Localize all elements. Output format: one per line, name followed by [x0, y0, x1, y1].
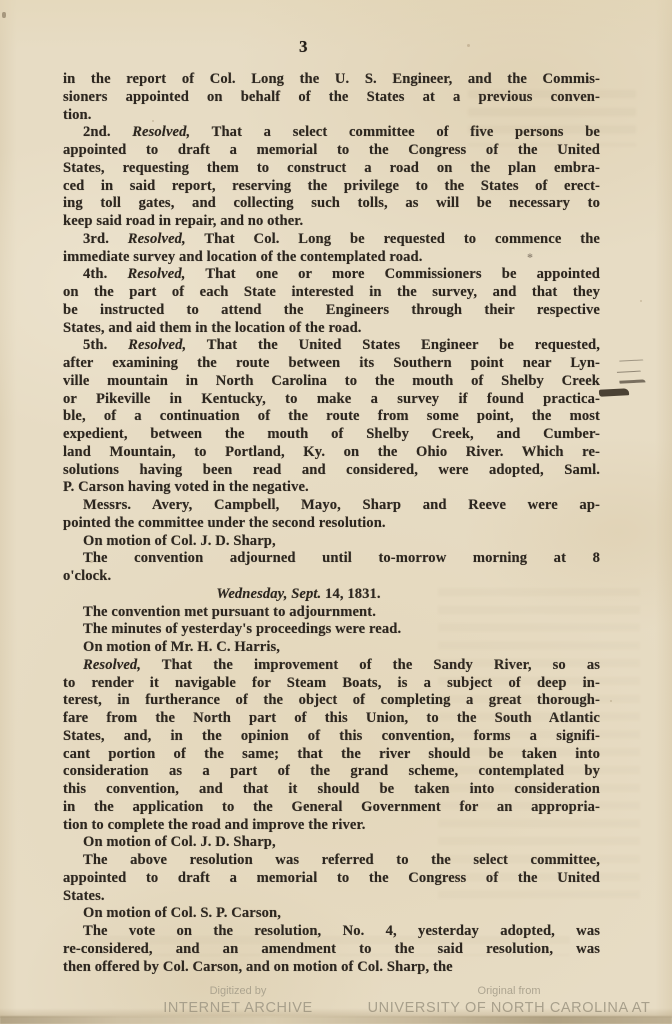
text-segment: ced in said report, reserving the privil…: [63, 178, 600, 194]
text-line: to render it navigable for Steam Boats, …: [63, 675, 600, 693]
text-line: On motion of Col. J. D. Sharp,: [63, 834, 600, 852]
text-line: immediate survey and location of the con…: [63, 249, 600, 267]
text-line: Messrs. Avery, Campbell, Mayo, Sharp and…: [63, 497, 600, 515]
text-segment: re-considered, and an amendment to the s…: [63, 941, 600, 957]
text-line: States.: [63, 888, 600, 906]
text-line: fare from the North part of this Union, …: [63, 710, 600, 728]
text-segment: to render it navigable for Steam Boats, …: [63, 675, 600, 691]
text-line: Wednesday, Sept. 14, 1831.: [30, 586, 567, 604]
text-segment: sioners appointed on behalf of the State…: [63, 89, 600, 105]
text-segment: pointed the committee under the second r…: [63, 515, 386, 531]
text-segment: That the improvement of the Sandy River,…: [141, 657, 600, 673]
text-segment: in the application to the General Govern…: [63, 799, 600, 815]
text-line: in the report of Col. Long the U. S. Eng…: [63, 71, 600, 89]
paper-speck: [467, 44, 470, 47]
text-segment: Messrs. Avery, Campbell, Mayo, Sharp and…: [83, 497, 600, 513]
text-segment: On motion of Col. J. D. Sharp,: [83, 533, 276, 549]
text-segment: The convention met pursuant to adjournme…: [83, 604, 376, 620]
italic-text: Resolved,: [127, 266, 185, 282]
page-number: 3: [35, 37, 572, 57]
text-line: pointed the committee under the second r…: [63, 515, 600, 533]
text-segment: consideration as a part of the grand sch…: [63, 763, 600, 779]
text-segment: o'clock.: [63, 568, 111, 584]
text-line: tion to complete the road and improve th…: [63, 817, 600, 835]
text-segment: ing toll gates, and collecting such toll…: [63, 195, 600, 211]
text-line: sioners appointed on behalf of the State…: [63, 89, 600, 107]
text-segment: appointed to draft a memorial to the Con…: [63, 142, 600, 158]
text-line: On motion of Col. S. P. Carson,: [63, 905, 600, 923]
text-line: The minutes of yesterday's proceedings w…: [63, 621, 600, 639]
text-line: The convention adjourned until to-morrow…: [63, 550, 600, 568]
paper-speck: [2, 12, 6, 18]
digitized-by-label: Digitized by: [140, 985, 336, 998]
italic-text: Wednesday, Sept.: [216, 586, 321, 602]
text-line: The above resolution was referred to the…: [63, 852, 600, 870]
italic-text: Resolved,: [132, 124, 190, 140]
italic-text: Resolved,: [128, 231, 186, 247]
text-line: in the application to the General Govern…: [63, 799, 600, 817]
paper-speck: [640, 300, 642, 302]
text-line: On motion of Col. J. D. Sharp,: [63, 533, 600, 551]
text-segment: be instructed to attend the Engineers th…: [63, 302, 600, 318]
text-segment: That Col. Long be requested to commence …: [186, 231, 600, 247]
text-segment: cant portion of the same; that the river…: [63, 746, 600, 762]
page-bottom-edge: [0, 1016, 672, 1024]
text-line: ble, of a continuation of the route from…: [63, 408, 600, 426]
text-segment: The vote on the resolution, No. 4, yeste…: [83, 923, 600, 939]
text-line: terest, in furtherance of the object of …: [63, 692, 600, 710]
text-segment: The above resolution was referred to the…: [83, 852, 600, 868]
original-from-label: Original from: [346, 985, 672, 998]
footnote-asterisk: *: [527, 250, 533, 265]
scanned-page: 3 in the report of Col. Long the U. S. E…: [0, 0, 672, 1024]
italic-text: Resolved,: [83, 657, 141, 673]
text-line: after examining the route between its So…: [63, 355, 600, 373]
text-segment: The convention adjourned until to-morrow…: [83, 550, 600, 566]
paper-speck: [610, 700, 612, 702]
text-line: The vote on the resolution, No. 4, yeste…: [63, 923, 600, 941]
text-line: States, requesting them to construct a r…: [63, 160, 600, 178]
text-line: appointed to draft a memorial to the Con…: [63, 142, 600, 160]
text-segment: fare from the North part of this Union, …: [63, 710, 600, 726]
paper-speck: [90, 560, 93, 563]
text-line: 2nd. Resolved, That a select committee o…: [63, 124, 600, 142]
text-segment: immediate survey and location of the con…: [63, 249, 423, 265]
ink-smudge: [599, 388, 629, 397]
text-segment: solutions having been read and considere…: [63, 462, 600, 478]
text-line: tion.: [63, 107, 600, 125]
text-line: be instructed to attend the Engineers th…: [63, 302, 600, 320]
text-line: this convention, and that it should be t…: [63, 781, 600, 799]
text-segment: or Pikeville in Kentucky, to make a surv…: [63, 391, 600, 407]
text-line: ced in said report, reserving the privil…: [63, 178, 600, 196]
text-segment: ville mountain in North Carolina to the …: [63, 373, 600, 389]
text-segment: That a select committee of five persons …: [190, 124, 600, 140]
text-line: o'clock.: [63, 568, 600, 586]
text-line: The convention met pursuant to adjournme…: [63, 604, 600, 622]
text-segment: then offered by Col. Carson, and on moti…: [63, 959, 453, 975]
text-line: on the part of each State interested in …: [63, 284, 600, 302]
text-line: ing toll gates, and collecting such toll…: [63, 195, 600, 213]
text-line: expedient, between the mouth of Shelby C…: [63, 426, 600, 444]
text-line: P. Carson having voted in the negative.: [63, 479, 600, 497]
text-segment: ble, of a continuation of the route from…: [63, 408, 600, 424]
text-line: land Mountain, to Portland, Ky. on the O…: [63, 444, 600, 462]
text-segment: terest, in furtherance of the object of …: [63, 692, 600, 708]
text-segment: States.: [63, 888, 105, 904]
text-line: 5th. Resolved, That the United States En…: [63, 337, 600, 355]
text-segment: 2nd.: [83, 124, 132, 140]
text-segment: The minutes of yesterday's proceedings w…: [83, 621, 401, 637]
text-segment: 14, 1831.: [321, 586, 380, 602]
text-line: ville mountain in North Carolina to the …: [63, 373, 600, 391]
text-line: 4th. Resolved, That one or more Commissi…: [63, 266, 600, 284]
text-line: On motion of Mr. H. C. Harris,: [63, 639, 600, 657]
text-segment: On motion of Col. J. D. Sharp,: [83, 834, 276, 850]
text-segment: this convention, and that it should be t…: [63, 781, 600, 797]
text-line: consideration as a part of the grand sch…: [63, 763, 600, 781]
text-line: Resolved, That the improvement of the Sa…: [63, 657, 600, 675]
text-segment: 4th.: [83, 266, 127, 282]
text-segment: On motion of Mr. H. C. Harris,: [83, 639, 280, 655]
text-segment: on the part of each State interested in …: [63, 284, 600, 300]
text-segment: tion to complete the road and improve th…: [63, 817, 365, 833]
italic-text: Resolved,: [128, 337, 186, 353]
text-segment: 3rd.: [83, 231, 128, 247]
text-segment: tion.: [63, 107, 91, 123]
text-segment: States, requesting them to construct a r…: [63, 160, 600, 176]
text-segment: land Mountain, to Portland, Ky. on the O…: [63, 444, 600, 460]
text-segment: States, and aid them in the location of …: [63, 320, 362, 336]
text-segment: after examining the route between its So…: [63, 355, 600, 371]
text-line: States, and aid them in the location of …: [63, 320, 600, 338]
text-segment: On motion of Col. S. P. Carson,: [83, 905, 281, 921]
text-line: 3rd. Resolved, That Col. Long be request…: [63, 231, 600, 249]
text-line: or Pikeville in Kentucky, to make a surv…: [63, 391, 600, 409]
text-line: solutions having been read and considere…: [63, 462, 600, 480]
text-segment: appointed to draft a memorial to the Con…: [63, 870, 600, 886]
text-segment: keep said road in repair, and no other.: [63, 213, 303, 229]
text-segment: 5th.: [83, 337, 128, 353]
text-segment: in the report of Col. Long the U. S. Eng…: [63, 71, 600, 87]
text-line: appointed to draft a memorial to the Con…: [63, 870, 600, 888]
text-segment: P. Carson having voted in the negative.: [63, 479, 309, 495]
paper-speck: [152, 120, 154, 122]
text-line: then offered by Col. Carson, and on moti…: [63, 959, 600, 977]
text-line: cant portion of the same; that the river…: [63, 746, 600, 764]
text-block: in the report of Col. Long the U. S. Eng…: [63, 71, 600, 976]
text-segment: That one or more Commissioners be appoin…: [185, 266, 600, 282]
text-segment: expedient, between the mouth of Shelby C…: [63, 426, 600, 442]
text-segment: States, and, in the opinion of this conv…: [63, 728, 600, 744]
text-segment: That the United States Engineer be reque…: [186, 337, 600, 353]
text-line: re-considered, and an amendment to the s…: [63, 941, 600, 959]
text-line: keep said road in repair, and no other.: [63, 213, 600, 231]
text-line: States, and, in the opinion of this conv…: [63, 728, 600, 746]
